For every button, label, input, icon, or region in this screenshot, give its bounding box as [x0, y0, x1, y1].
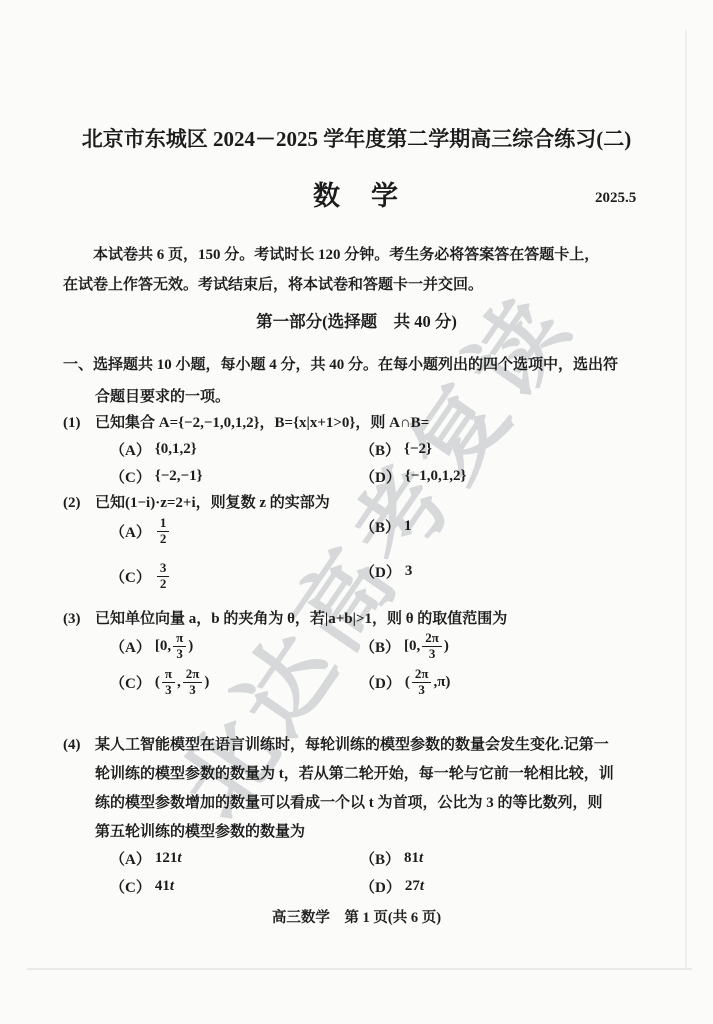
- question-stem-line: 轮训练的模型参数的数量为 t，若从第二轮开始，每一轮与它前一轮相比较，训: [63, 760, 663, 789]
- option-b: （B） [0, 2π 3 ): [360, 631, 449, 662]
- option-a: （A） {0,1,2}: [110, 439, 197, 460]
- option-d: （D） 27 t: [360, 876, 424, 897]
- option-text: π): [437, 674, 450, 691]
- option-label: （C）: [110, 672, 151, 693]
- page-content: 北京市东城区 2024－2025 学年度第二学期高三综合练习(二) 数 学 20…: [0, 0, 713, 1024]
- question-number: (4): [63, 731, 95, 760]
- intro-line: 本试卷共 6 页，150 分。考试时长 120 分钟。考生务必将答案答在答题卡上…: [63, 240, 657, 270]
- option-label: （A）: [110, 848, 151, 869]
- option-variable: t: [420, 878, 424, 895]
- fraction-denominator: 3: [426, 647, 439, 662]
- option-text: {−1,0,1,2}: [405, 468, 467, 485]
- option-b: （B） {−2}: [360, 439, 432, 460]
- option-label: （C）: [110, 566, 151, 587]
- exam-paper-page: 北达高考复读 北京市东城区 2024－2025 学年度第二学期高三综合练习(二)…: [0, 0, 713, 1024]
- instruction-line: 一、选择题共 10 小题，每小题 4 分，共 40 分。在每小题列出的四个选项中…: [63, 349, 657, 381]
- question-3-stem: (3)已知单位向量 a，b 的夹角为 θ，若|a+b|>1，则 θ 的取值范围为: [63, 607, 663, 628]
- question-stem-line: 练的模型参数增加的数量可以看成一个以 t 为首项，公比为 3 的等比数列，则: [63, 789, 663, 818]
- option-label: （D）: [360, 876, 401, 897]
- option-text: (: [405, 674, 410, 691]
- fraction: π 3: [162, 667, 175, 698]
- option-label: （B）: [360, 439, 400, 460]
- option-text: 3: [405, 563, 413, 580]
- option-d: （D） ( 2π 3 , π): [360, 667, 450, 698]
- option-label: （A）: [110, 521, 151, 542]
- option-label: （B）: [360, 848, 400, 869]
- option-label: （C）: [110, 876, 151, 897]
- fraction: π 3: [173, 631, 186, 662]
- fraction-denominator: 2: [157, 532, 170, 547]
- option-text: ,: [177, 674, 181, 691]
- fraction-denominator: 3: [173, 647, 186, 662]
- option-a: （A） [0, π 3 ): [110, 631, 193, 662]
- option-a: （A） 1 2: [110, 516, 171, 547]
- question-4-options-row: （A） 121 t （B） 81 t: [0, 848, 713, 872]
- intro-paragraph: 本试卷共 6 页，150 分。考试时长 120 分钟。考生务必将答案答在答题卡上…: [63, 240, 657, 300]
- option-text: ): [444, 638, 449, 655]
- option-text: 81: [404, 850, 419, 867]
- exam-title: 北京市东城区 2024－2025 学年度第二学期高三综合练习(二): [0, 123, 713, 153]
- fraction-numerator: 2π: [183, 667, 203, 683]
- question-stem-line: 第五轮训练的模型参数的数量为: [63, 818, 663, 847]
- fraction-numerator: 1: [157, 516, 170, 532]
- option-text: 27: [405, 878, 420, 895]
- question-number: (3): [63, 611, 95, 628]
- fraction-denominator: 2: [157, 577, 170, 592]
- question-stem-text: 已知(1−i)·z=2+i，则复数 z 的实部为: [95, 495, 330, 511]
- option-variable: t: [170, 878, 174, 895]
- question-3-options-row: （A） [0, π 3 ) （B） [0, 2π 3 ): [0, 631, 713, 655]
- option-text: 1: [404, 518, 412, 535]
- option-text: [0,: [155, 638, 171, 655]
- fraction: 2π 3: [183, 667, 203, 698]
- instruction-line: 合题目要求的一项。: [63, 381, 657, 413]
- section-instruction: 一、选择题共 10 小题，每小题 4 分，共 40 分。在每小题列出的四个选项中…: [63, 349, 657, 413]
- option-text: (: [155, 674, 160, 691]
- option-b: （B） 1: [360, 516, 412, 537]
- fraction: 2π 3: [412, 667, 432, 698]
- page-footer: 高三数学 第 1 页(共 6 页): [0, 906, 713, 927]
- option-label: （D）: [360, 466, 401, 487]
- option-variable: t: [177, 850, 181, 867]
- fraction-numerator: 3: [157, 561, 170, 577]
- question-stem-line: (4)某人工智能模型在语言训练时，每轮训练的模型参数的数量会发生变化.记第一: [63, 731, 663, 760]
- option-label: （B）: [360, 516, 400, 537]
- question-1-options-row: （A） {0,1,2} （B） {−2}: [0, 439, 713, 463]
- option-a: （A） 121 t: [110, 848, 182, 869]
- question-3-options-row: （C） ( π 3 , 2π 3 ) （D） ( 2π 3: [0, 667, 713, 691]
- option-b: （B） 81 t: [360, 848, 423, 869]
- fraction: 2π 3: [422, 631, 442, 662]
- option-c: （C） 3 2: [110, 561, 171, 592]
- fraction: 3 2: [157, 561, 170, 592]
- fraction-numerator: π: [173, 631, 186, 647]
- option-variable: t: [419, 850, 423, 867]
- option-label: （A）: [110, 439, 151, 460]
- question-2-options-row: （C） 3 2 （D） 3: [0, 561, 713, 585]
- intro-line: 在试卷上作答无效。考试结束后，将本试卷和答题卡一并交回。: [63, 270, 657, 300]
- question-1-stem: (1)已知集合 A={−2,−1,0,1,2}，B={x|x+1>0}，则 A∩…: [63, 411, 663, 432]
- fraction: 1 2: [157, 516, 170, 547]
- question-stem-text: 已知单位向量 a，b 的夹角为 θ，若|a+b|>1，则 θ 的取值范围为: [95, 611, 507, 627]
- fraction-denominator: 3: [415, 683, 428, 698]
- option-text: 41: [155, 878, 170, 895]
- option-label: （C）: [110, 466, 151, 487]
- option-text: [0,: [404, 638, 420, 655]
- scan-edge-vertical: [685, 30, 687, 970]
- option-d: （D） 3: [360, 561, 412, 582]
- question-4-options-row: （C） 41 t （D） 27 t: [0, 876, 713, 900]
- fraction-numerator: 2π: [422, 631, 442, 647]
- option-d: （D） {−1,0,1,2}: [360, 466, 466, 487]
- option-label: （D）: [360, 672, 401, 693]
- option-c: （C） {−2,−1}: [110, 466, 203, 487]
- question-4-stem: (4)某人工智能模型在语言训练时，每轮训练的模型参数的数量会发生变化.记第一 轮…: [63, 731, 663, 847]
- exam-date: 2025.5: [595, 190, 636, 207]
- option-text: {−2}: [404, 441, 432, 458]
- option-text: ): [204, 674, 209, 691]
- fraction-numerator: 2π: [412, 667, 432, 683]
- question-number: (2): [63, 495, 95, 512]
- fraction-numerator: π: [162, 667, 175, 683]
- question-2-stem: (2)已知(1−i)·z=2+i，则复数 z 的实部为: [63, 491, 663, 512]
- option-label: （B）: [360, 636, 400, 657]
- option-text: 121: [155, 850, 178, 867]
- option-text: {0,1,2}: [155, 441, 197, 458]
- fraction-denominator: 3: [186, 683, 199, 698]
- question-2-options-row: （A） 1 2 （B） 1: [0, 516, 713, 540]
- fraction-denominator: 3: [162, 683, 175, 698]
- option-label: （A）: [110, 636, 151, 657]
- question-number: (1): [63, 415, 95, 432]
- question-stem-text: 某人工智能模型在语言训练时，每轮训练的模型参数的数量会发生变化.记第一: [95, 737, 609, 753]
- option-text: {−2,−1}: [155, 468, 203, 485]
- option-text: ): [188, 638, 193, 655]
- option-label: （D）: [360, 561, 401, 582]
- question-stem-text: 已知集合 A={−2,−1,0,1,2}，B={x|x+1>0}，则 A∩B=: [95, 415, 429, 431]
- option-c: （C） 41 t: [110, 876, 174, 897]
- question-1-options-row: （C） {−2,−1} （D） {−1,0,1,2}: [0, 466, 713, 490]
- part-one-heading: 第一部分(选择题 共 40 分): [0, 308, 713, 332]
- scan-edge-horizontal: [27, 968, 692, 970]
- option-c: （C） ( π 3 , 2π 3 ): [110, 667, 209, 698]
